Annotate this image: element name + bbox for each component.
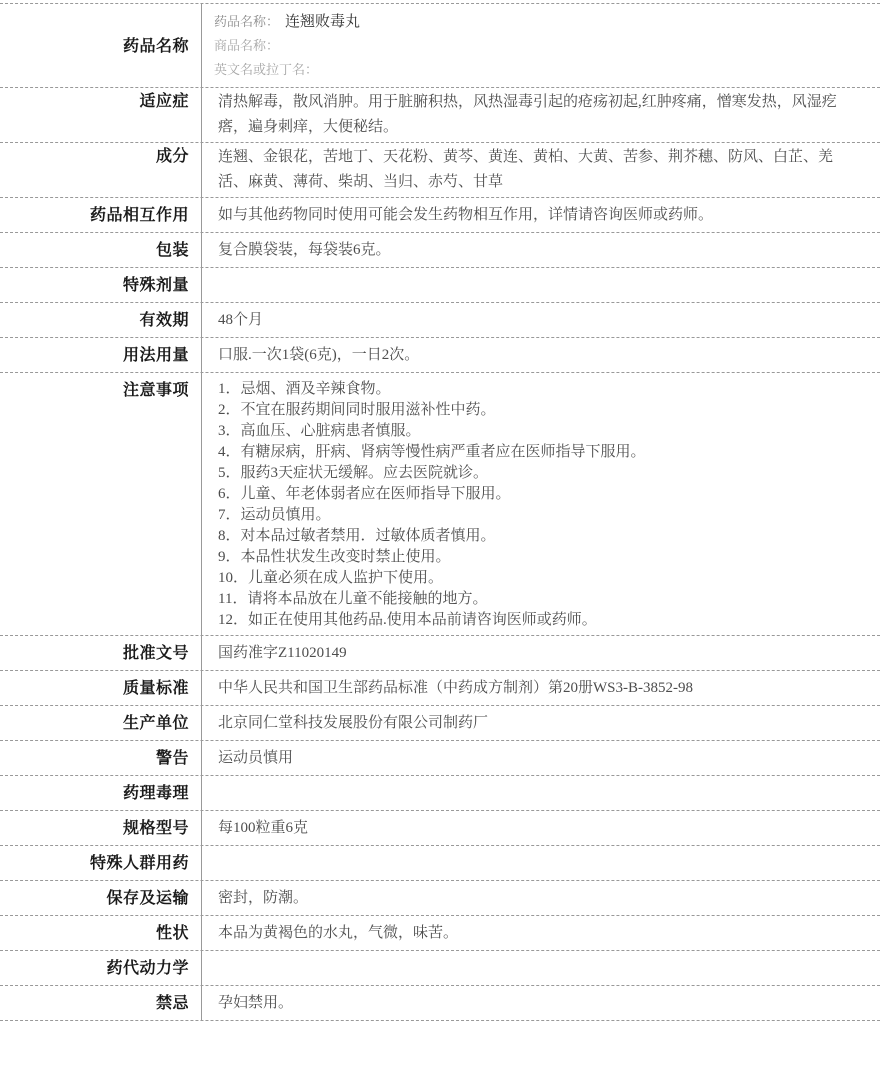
row-label: 性状 xyxy=(0,916,202,950)
row-value xyxy=(202,776,880,810)
row-pharmacokinetics: 药代动力学 xyxy=(0,951,880,986)
precaution-item: 12．如正在使用其他药品.使用本品前请咨询医师或药师。 xyxy=(218,610,860,631)
row-value: 北京同仁堂科技发展股份有限公司制药厂 xyxy=(202,706,880,740)
row-value: 密封，防潮。 xyxy=(202,881,880,915)
row-quality-standard: 质量标准 中华人民共和国卫生部药品标准（中药成方制剂）第20册WS3-B-385… xyxy=(0,671,880,706)
row-special-population: 特殊人群用药 xyxy=(0,846,880,881)
precaution-item: 6．儿童、年老体弱者应在医师指导下服用。 xyxy=(218,484,860,505)
row-value: 中华人民共和国卫生部药品标准（中药成方制剂）第20册WS3-B-3852-98 xyxy=(202,671,880,705)
precaution-item: 4．有糖尿病，肝病、肾病等慢性病严重者应在医师指导下服用。 xyxy=(218,442,860,463)
precaution-item: 9．本品性状发生改变时禁止使用。 xyxy=(218,547,860,568)
row-label: 用法用量 xyxy=(0,338,202,372)
row-label: 生产单位 xyxy=(0,706,202,740)
row-value xyxy=(202,846,880,880)
field-prefix: 药品名称： xyxy=(214,14,279,29)
row-label: 保存及运输 xyxy=(0,881,202,915)
row-value: 如与其他药物同时使用可能会发生药物相互作用，详情请咨询医师或药师。 xyxy=(202,198,880,232)
precaution-item: 10．儿童必须在成人监护下使用。 xyxy=(218,568,860,589)
row-drug-name: 药品名称 药品名称：连翘败毒丸 商品名称： 英文名或拉丁名： xyxy=(0,4,880,88)
row-label: 包装 xyxy=(0,233,202,267)
field-prefix: 商品名称： xyxy=(214,38,279,53)
row-value: 药品名称：连翘败毒丸 商品名称： 英文名或拉丁名： xyxy=(202,4,880,87)
row-approval-number: 批准文号 国药准字Z11020149 xyxy=(0,636,880,671)
row-label: 质量标准 xyxy=(0,671,202,705)
row-value xyxy=(202,268,880,302)
row-label: 批准文号 xyxy=(0,636,202,670)
row-label: 特殊人群用药 xyxy=(0,846,202,880)
row-value: 48个月 xyxy=(202,303,880,337)
precaution-item: 8．对本品过敏者禁用．过敏体质者慎用。 xyxy=(218,526,860,547)
drug-name-field: 药品名称：连翘败毒丸 xyxy=(214,10,860,34)
row-value: 本品为黄褐色的水丸，气微，味苦。 xyxy=(202,916,880,950)
field-prefix: 英文名或拉丁名： xyxy=(214,62,318,77)
row-pharmacology: 药理毒理 xyxy=(0,776,880,811)
row-warning: 警告 运动员慎用 xyxy=(0,741,880,776)
row-shelf-life: 有效期 48个月 xyxy=(0,303,880,338)
drug-info-table: 药品名称 药品名称：连翘败毒丸 商品名称： 英文名或拉丁名： 适应症 清热解毒，… xyxy=(0,3,880,1021)
row-interactions: 药品相互作用 如与其他药物同时使用可能会发生药物相互作用，详情请咨询医师或药师。 xyxy=(0,198,880,233)
row-value xyxy=(202,951,880,985)
row-indications: 适应症 清热解毒，散风消肿。用于脏腑积热，风热湿毒引起的疮疡初起,红肿疼痛，憎寒… xyxy=(0,88,880,143)
row-value: 孕妇禁用。 xyxy=(202,986,880,1020)
row-label: 药品相互作用 xyxy=(0,198,202,232)
row-label: 有效期 xyxy=(0,303,202,337)
row-description: 性状 本品为黄褐色的水丸，气微，味苦。 xyxy=(0,916,880,951)
row-value: 国药准字Z11020149 xyxy=(202,636,880,670)
row-label: 药品名称 xyxy=(0,4,202,87)
row-manufacturer: 生产单位 北京同仁堂科技发展股份有限公司制药厂 xyxy=(0,706,880,741)
row-packaging: 包装 复合膜袋装，每袋装6克。 xyxy=(0,233,880,268)
row-dosage: 用法用量 口服.一次1袋(6克)，一日2次。 xyxy=(0,338,880,373)
drug-name-value: 连翘败毒丸 xyxy=(285,14,360,30)
row-precautions: 注意事项 1．忌烟、酒及辛辣食物。 2．不宜在服药期间同时服用滋补性中药。 3．… xyxy=(0,373,880,636)
row-value: 1．忌烟、酒及辛辣食物。 2．不宜在服药期间同时服用滋补性中药。 3．高血压、心… xyxy=(202,373,880,635)
row-value: 清热解毒，散风消肿。用于脏腑积热，风热湿毒引起的疮疡初起,红肿疼痛，憎寒发热，风… xyxy=(202,88,880,142)
row-value: 每100粒重6克 xyxy=(202,811,880,845)
trade-name-field: 商品名称： xyxy=(214,34,860,58)
precaution-item: 7．运动员慎用。 xyxy=(218,505,860,526)
latin-name-field: 英文名或拉丁名： xyxy=(214,58,860,82)
precaution-item: 1．忌烟、酒及辛辣食物。 xyxy=(218,379,860,400)
precaution-item: 2．不宜在服药期间同时服用滋补性中药。 xyxy=(218,400,860,421)
row-label: 警告 xyxy=(0,741,202,775)
row-contraindications: 禁忌 孕妇禁用。 xyxy=(0,986,880,1021)
row-label: 规格型号 xyxy=(0,811,202,845)
precaution-item: 11．请将本品放在儿童不能接触的地方。 xyxy=(218,589,860,610)
row-storage: 保存及运输 密封，防潮。 xyxy=(0,881,880,916)
row-value: 运动员慎用 xyxy=(202,741,880,775)
row-specification: 规格型号 每100粒重6克 xyxy=(0,811,880,846)
row-ingredients: 成分 连翘、金银花，苦地丁、天花粉、黄芩、黄连、黄柏、大黄、苦参、荆芥穗、防风、… xyxy=(0,143,880,198)
row-value: 口服.一次1袋(6克)，一日2次。 xyxy=(202,338,880,372)
row-label: 成分 xyxy=(0,143,202,197)
row-label: 禁忌 xyxy=(0,986,202,1020)
row-label: 适应症 xyxy=(0,88,202,142)
row-special-dosage: 特殊剂量 xyxy=(0,268,880,303)
precaution-item: 5．服药3天症状无缓解。应去医院就诊。 xyxy=(218,463,860,484)
row-value: 复合膜袋装，每袋装6克。 xyxy=(202,233,880,267)
row-label: 特殊剂量 xyxy=(0,268,202,302)
row-label: 药理毒理 xyxy=(0,776,202,810)
row-label: 注意事项 xyxy=(0,373,202,635)
row-value: 连翘、金银花，苦地丁、天花粉、黄芩、黄连、黄柏、大黄、苦参、荆芥穗、防风、白芷、… xyxy=(202,143,880,197)
row-label: 药代动力学 xyxy=(0,951,202,985)
precaution-item: 3．高血压、心脏病患者慎服。 xyxy=(218,421,860,442)
